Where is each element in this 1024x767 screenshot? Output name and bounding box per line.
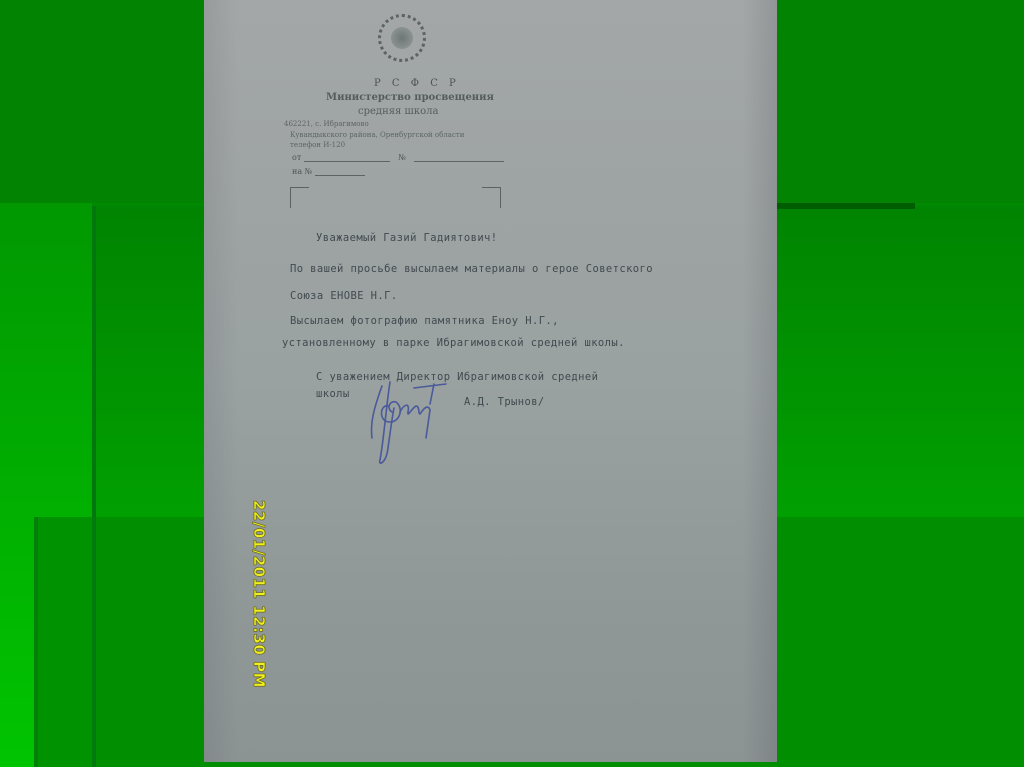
letterhead-republic: Р С Ф С Р	[374, 78, 460, 89]
reply-label: на №	[292, 167, 312, 176]
reply-blank-line	[315, 175, 365, 176]
letter-line-4: установленному в парке Ибрагимовской сре…	[282, 337, 625, 349]
letterhead-school: средняя школа	[358, 106, 438, 117]
letter-line-2: Союза ЕНОВЕ Н.Г.	[290, 290, 398, 302]
document-photo: Р С Ф С Р Министерство просвещения средн…	[204, 0, 777, 762]
letterhead-ministry: Министерство просвещения	[326, 92, 494, 103]
closing-line-2: школы	[316, 388, 350, 400]
address-corner-right	[482, 187, 501, 208]
coat-of-arms-icon	[378, 14, 426, 62]
letterhead-address-2: Кувандыкского района, Оренбургской облас…	[290, 131, 464, 139]
handwritten-signature-icon	[360, 378, 480, 468]
letterhead-phone: телефон И-120	[290, 141, 345, 149]
from-label: от	[292, 153, 301, 162]
address-corner-left	[290, 187, 309, 208]
slide-decor-bar	[777, 203, 915, 209]
number-blank-line	[414, 161, 504, 162]
letterhead-reply-row: на №	[292, 167, 365, 176]
letterhead-address-1: 462221, с. Ибрагимово	[284, 120, 369, 128]
letter-line-3: Высылаем фотографию памятника Еноу Н.Г.,	[290, 315, 559, 327]
letter-line-1: По вашей просьбе высылаем материалы о ге…	[290, 263, 653, 275]
number-label: №	[398, 153, 406, 162]
photo-date-stamp: 22/01/2011 12:30 PM	[250, 500, 268, 688]
date-blank-line	[304, 161, 390, 162]
letter-greeting: Уважаемый Газий Гадиятович!	[316, 232, 497, 244]
letterhead-date-number-row: от №	[292, 153, 504, 162]
